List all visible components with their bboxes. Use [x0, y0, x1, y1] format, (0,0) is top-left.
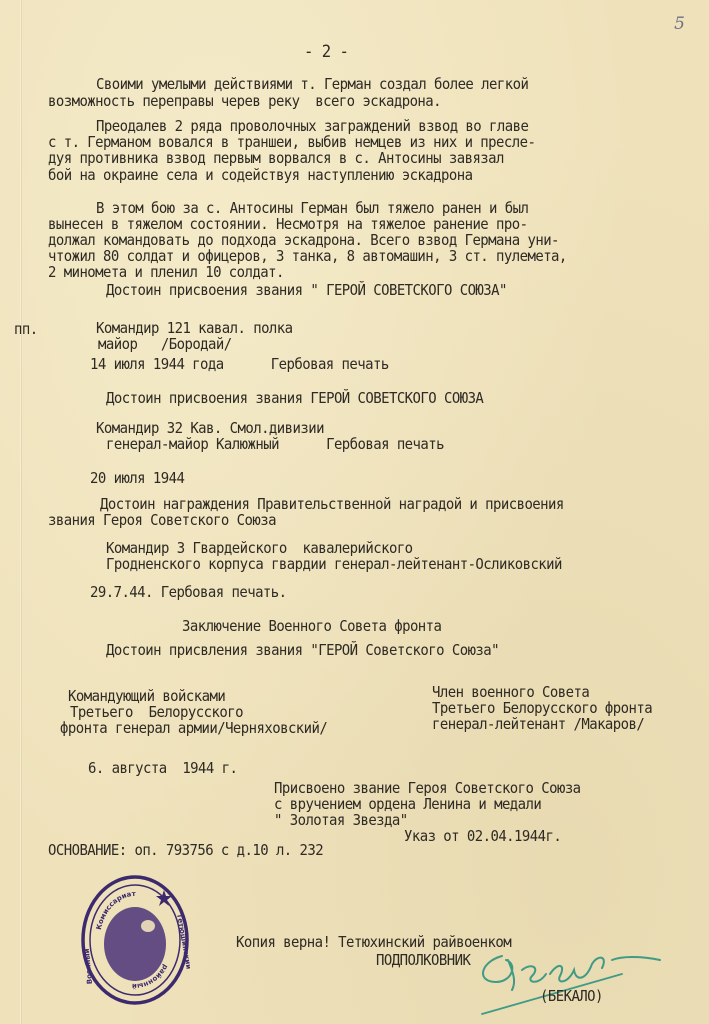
paragraph3-line: вынесен в тяжелом состоянии. Несмотря на…	[48, 216, 527, 232]
front-commander-line: Третьего Белорусского	[70, 704, 243, 720]
council-member-line: генерал-лейтенант /Макаров/	[432, 716, 644, 732]
front-commander-line: фронта генерал армии/Черняховский/	[60, 720, 327, 736]
recommendation-corps-line: Достоин награждения Правительственной на…	[100, 496, 564, 512]
paragraph2-line: дуя противника взвод первым ворвался в с…	[48, 150, 504, 166]
corps-commander-line: Командир 3 Гвардейского кавалерийского	[106, 540, 413, 556]
council-heading: Заключение Военного Совета фронта	[182, 618, 441, 634]
council-member-line: Третьего Белорусского фронта	[432, 700, 652, 716]
award-line: Присвоено звание Героя Советского Союза	[274, 780, 581, 796]
signature-icon	[483, 956, 660, 990]
corps-date-line: 29.7.44. Гербовая печать.	[90, 584, 287, 600]
decree-line: Указ от 02.04.1944г.	[404, 828, 561, 844]
recommendation-division: Достоин присвоения звания ГЕРОЙ СОВЕТСКО…	[106, 390, 483, 406]
paragraph2-line: с т. Германом вовался в траншеи, выбив н…	[48, 134, 535, 150]
paragraph2-line: Преодалев 2 ряда проволочных заграждений…	[96, 118, 528, 134]
award-line: с вручением ордена Ленина и медали	[274, 796, 541, 812]
regiment-date-line: 14 июля 1944 года Гербовая печать	[90, 356, 389, 372]
award-line: " Золотая Звезда"	[274, 812, 408, 828]
margin-note: пп.	[14, 321, 38, 337]
division-date: 20 июля 1944	[90, 470, 184, 486]
official-stamp: Комиссариат районный Тетюшинский Военный	[80, 874, 190, 1006]
emblem-icon	[104, 907, 166, 981]
division-commander-line: Командир 32 Кав. Смол.дивизии	[96, 420, 324, 436]
front-commander-line: Командующий войсками	[68, 688, 225, 704]
paragraph3-line: 2 миномета и пленил 10 солдат.	[48, 264, 284, 280]
page-fold	[20, 0, 22, 1024]
recommendation-front: Достоин присвления звания "ГЕРОЙ Советск…	[106, 642, 499, 658]
division-commander-line: генерал-майор Калюжный Гербовая печать	[106, 436, 444, 452]
paragraph2-line: бой на окраине села и содействуя наступл…	[48, 167, 472, 183]
council-date: 6. августа 1944 г.	[88, 760, 237, 776]
corps-commander-line: Гродненского корпуса гвардии генерал-лей…	[106, 556, 562, 572]
council-member-line: Член военного Совета	[432, 684, 589, 700]
svg-text:Военный: Военный	[83, 948, 94, 984]
regiment-commander-line: Командир 121 кавал. полка	[96, 320, 293, 336]
paragraph3-line: В этом бою за с. Антосины Герман был тяж…	[96, 200, 528, 216]
signature-scribble	[462, 934, 672, 1020]
paragraph3-line: должал командовать до подхода эскадрона.…	[48, 232, 559, 248]
certification-rank: ПОДПОЛКОВНИК	[376, 952, 470, 968]
archive-page-number: 5	[674, 14, 685, 34]
page-label: - 2 -	[304, 44, 348, 60]
basis-line: ОСНОВАНИЕ: оп. 793756 с д.10 л. 232	[48, 842, 323, 858]
signatory-name: (БЕКАЛО)	[540, 988, 603, 1004]
paragraph3-line: чтожил 80 солдат и офицеров, 3 танка, 8 …	[48, 248, 567, 264]
paragraph1-line: Своими умелыми действиями т. Герман созд…	[96, 76, 528, 92]
regiment-commander-line: майор /Бородай/	[98, 336, 232, 352]
recommendation-corps-line: звания Героя Советского Союза	[48, 512, 276, 528]
recommendation-regiment: Достоин присвоения звания " ГЕРОЙ СОВЕТС…	[106, 282, 507, 298]
paragraph1-line: возможность переправы черев реку всего э…	[48, 93, 441, 109]
